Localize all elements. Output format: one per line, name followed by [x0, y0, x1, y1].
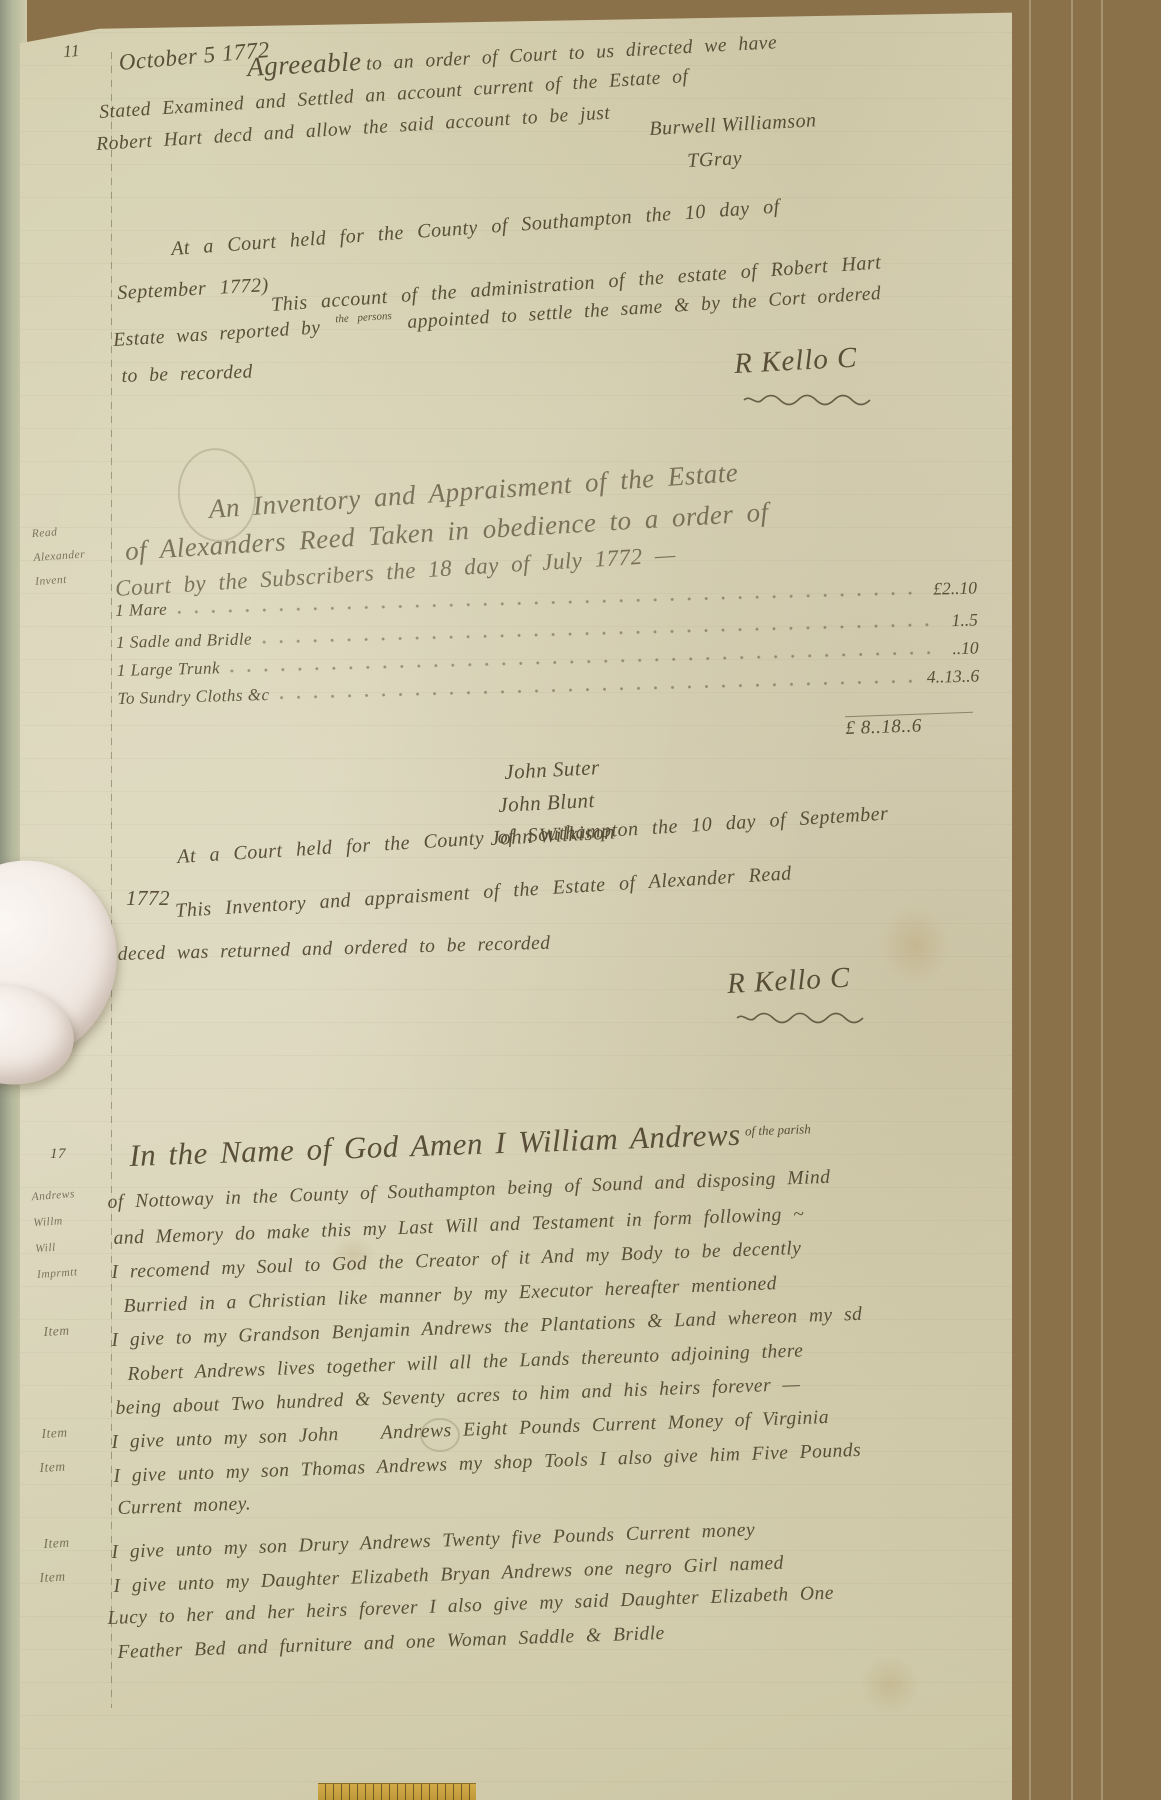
hart-court-interlined-words: the persons [335, 310, 392, 325]
margin-item-marker: Item [39, 1459, 66, 1476]
margin-caption-line: Will [34, 1233, 79, 1262]
appraiser-john-suter: John Suter [504, 755, 601, 785]
clerk-signature-r-kello: R Kello C [726, 962, 851, 1001]
will-margin-caption: Andrews Willm Will Imprmtt [31, 1181, 81, 1288]
settlement-opening-word: Agreeable [246, 46, 362, 82]
signature-t-gray: TGray [687, 147, 743, 173]
item-label: 1 Large Trunk [117, 658, 221, 681]
line-gap [339, 1439, 381, 1440]
item-label: 1 Sadle and Bridle [116, 629, 252, 653]
will-line: Current money. [117, 1493, 251, 1520]
page-number: 11 [63, 41, 81, 62]
margin-item-marker: Item [41, 1425, 68, 1442]
margin-item-marker: Item [43, 1323, 70, 1340]
item-value: ..10 [952, 637, 979, 659]
paper-stain [860, 1655, 920, 1715]
page-edge-streak [1101, 0, 1103, 1800]
record-book-photo: 11 October 5 1772 Agreeable to an order … [0, 0, 1161, 1800]
paper-stain [880, 905, 950, 985]
item-value: 1..5 [951, 609, 978, 631]
margin-note-line: Invent [34, 566, 87, 594]
margin-caption-line: Andrews [31, 1181, 76, 1210]
appraiser-john-blunt: John Blunt [498, 788, 596, 818]
margin-caption-line: Imprmtt [36, 1259, 81, 1288]
inventory-margin-note: Read Alexander Invent [31, 519, 88, 594]
signature-flourish [742, 392, 872, 408]
inventory-total: £ 8..18..6 [845, 715, 922, 740]
margin-caption-line: Willm [33, 1207, 78, 1236]
item-label: 1 Mare [115, 600, 167, 621]
ruler [318, 1783, 476, 1800]
item-value: 4..13..6 [927, 665, 980, 687]
reed-court-line-2: 1772 [126, 886, 170, 911]
item-value: £2..10 [933, 577, 977, 599]
will-opening-small: of the parish [745, 1121, 811, 1138]
will-margin-number: 17 [50, 1146, 66, 1163]
ruled-margin-line [111, 52, 112, 1708]
margin-note-line: Alexander [33, 543, 86, 571]
margin-note-line: Read [31, 519, 84, 547]
margin-item-marker: Item [39, 1569, 66, 1586]
clerk-signature-r-kello: R Kello C [733, 342, 858, 381]
hart-court-line-5: to be recorded [121, 361, 253, 388]
signature-flourish [735, 1010, 865, 1026]
page-edge-streak [1029, 0, 1031, 1800]
item-label: To Sundry Cloths &c [117, 685, 269, 709]
page-edge-streak [1071, 0, 1073, 1800]
right-page-stack-edge [991, 0, 1161, 1800]
margin-item-marker: Item [43, 1535, 70, 1552]
